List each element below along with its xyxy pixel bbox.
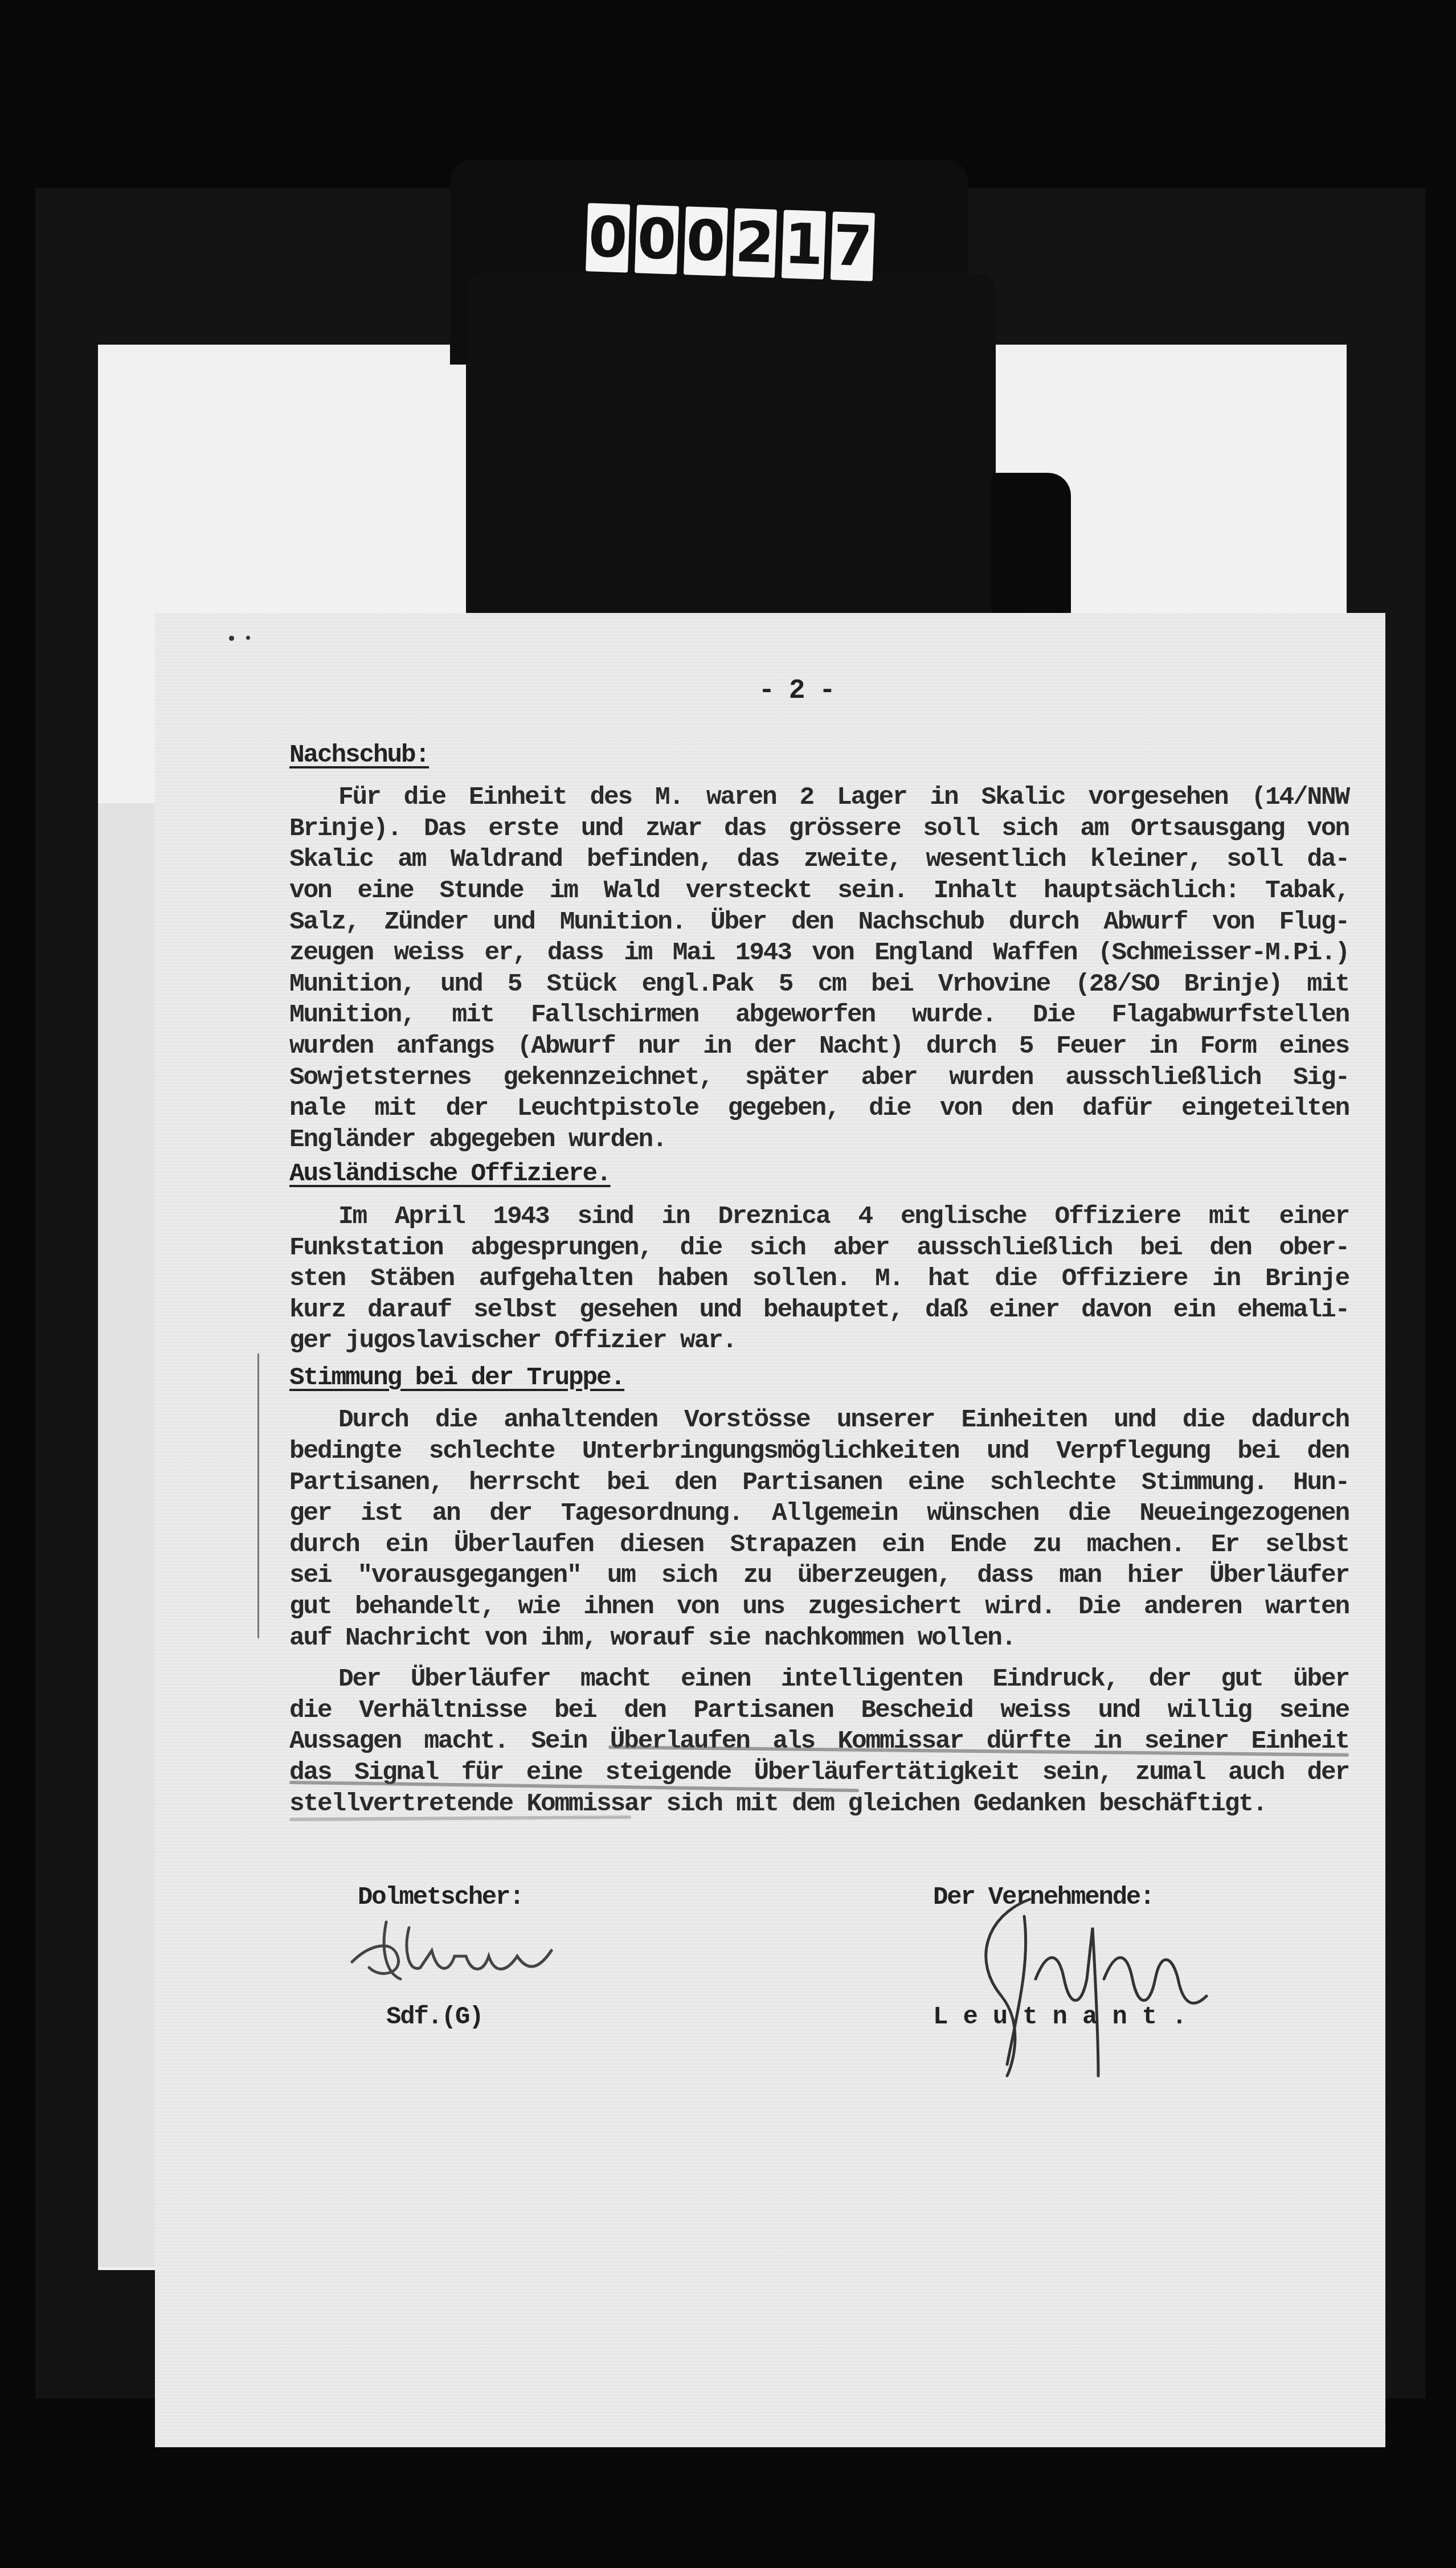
text-line: gut behandelt, wie ihnen von uns zugesic… [289, 1592, 1349, 1623]
text-line: Brinje). Das erste und zwar das grössere… [289, 813, 1349, 845]
text-line: Munition, mit Fallschirmen abgeworfen wu… [289, 1000, 1349, 1031]
counter-digit: 2 [733, 208, 777, 278]
text-line: Durch die anhaltenden Vorstösse unserer … [289, 1405, 1349, 1436]
text-line: ger jugoslavischer Offizier war. [289, 1326, 1349, 1357]
counter-digit: 0 [635, 205, 679, 275]
text-line: nale mit der Leuchtpistole gegeben, die … [289, 1093, 1349, 1124]
margin-mark [246, 636, 250, 640]
interpreter-label: Dolmetscher: [358, 1882, 523, 1913]
margin-pencil-line [257, 1353, 259, 1638]
text-line: bedingte schlechte Unterbringungsmöglich… [289, 1436, 1349, 1467]
text-line: Funkstation abgesprungen, die sich aber … [289, 1233, 1349, 1264]
text-line: zeugen weiss er, dass im Mai 1943 von En… [289, 938, 1349, 969]
text-line: auf Nachricht von ihm, worauf sie nachko… [289, 1623, 1349, 1654]
document-body: - 2 - Nachschub: Für die Einheit des M. … [289, 676, 1349, 2121]
section-heading-stimmung: Stimmung bei der Truppe. [289, 1363, 1349, 1394]
counter-digit: 7 [831, 211, 875, 281]
section-heading-nachschub: Nachschub: [289, 740, 1349, 771]
text-line: die Verhältnisse bei den Partisanen Besc… [289, 1695, 1349, 1727]
text-line: Munition, und 5 Stück engl.Pak 5 cm bei … [289, 969, 1349, 1000]
text-line: Skalic am Waldrand befinden, das zweite,… [289, 844, 1349, 876]
page-number: - 2 - [244, 676, 1349, 707]
document-page: - 2 - Nachschub: Für die Einheit des M. … [155, 613, 1385, 2447]
text-line: Im April 1943 sind in Dreznica 4 englisc… [289, 1201, 1349, 1233]
counter-digit: 1 [782, 210, 826, 280]
paragraph-stimmung: Durch die anhaltenden Vorstösse unserer … [289, 1405, 1349, 1654]
text-line: Salz, Zünder und Munition. Über den Nach… [289, 907, 1349, 938]
interpreter-signature-block: Dolmetscher: Sdf.(G) [358, 1882, 523, 1913]
text-line: ger ist an der Tagesordnung. Allgemein w… [289, 1498, 1349, 1530]
text-line: Für die Einheit des M. waren 2 Lager in … [289, 782, 1349, 813]
text-line: von eine Stunde im Wald versteckt sein. … [289, 876, 1349, 907]
signature-area: Dolmetscher: Sdf.(G) Der Vernehmende: Le… [289, 1882, 1349, 2121]
paragraph-auslaendische-offiziere: Im April 1943 sind in Dreznica 4 englisc… [289, 1201, 1349, 1357]
text-line: kurz darauf selbst gesehen und behauptet… [289, 1295, 1349, 1326]
text-line: sei "vorausgegangen" um sich zu überzeug… [289, 1560, 1349, 1592]
margin-mark [229, 636, 234, 641]
interrogator-title: Leutnant. [933, 2002, 1202, 2033]
counter-digit: 0 [586, 203, 630, 273]
interrogator-signature-block: Der Vernehmende: Leutnant. [933, 1882, 1154, 1913]
text-line: Sowjetsternes gekennzeichnet, später abe… [289, 1062, 1349, 1094]
text-line: Engländer abgegeben wurden. [289, 1124, 1349, 1156]
interpreter-signature [346, 1916, 586, 1990]
text-line: sten Stäben aufgehalten haben sollen. M.… [289, 1263, 1349, 1295]
interrogator-signature [950, 1894, 1246, 2082]
text-line: Partisanen, herrscht bei den Partisanen … [289, 1467, 1349, 1499]
text-line: Der Überläufer macht einen intelligenten… [289, 1664, 1349, 1695]
paragraph-assessment: Der Überläufer macht einen intelligenten… [289, 1664, 1349, 1819]
text-line: durch ein Überlaufen diesen Strapazen ei… [289, 1530, 1349, 1561]
paragraph-nachschub: Für die Einheit des M. waren 2 Lager in … [289, 782, 1349, 1155]
section-heading-auslaendische-offiziere: Ausländische Offiziere. [289, 1159, 1349, 1190]
interpreter-title: Sdf.(G) [386, 2002, 482, 2033]
frame-counter-display: 0 0 0 2 1 7 [586, 203, 875, 281]
text-line: stellvertretende Kommissar sich mit dem … [289, 1789, 1349, 1820]
counter-digit: 0 [684, 206, 728, 276]
text-line: wurden anfangs (Abwurf nur in der Nacht)… [289, 1031, 1349, 1062]
